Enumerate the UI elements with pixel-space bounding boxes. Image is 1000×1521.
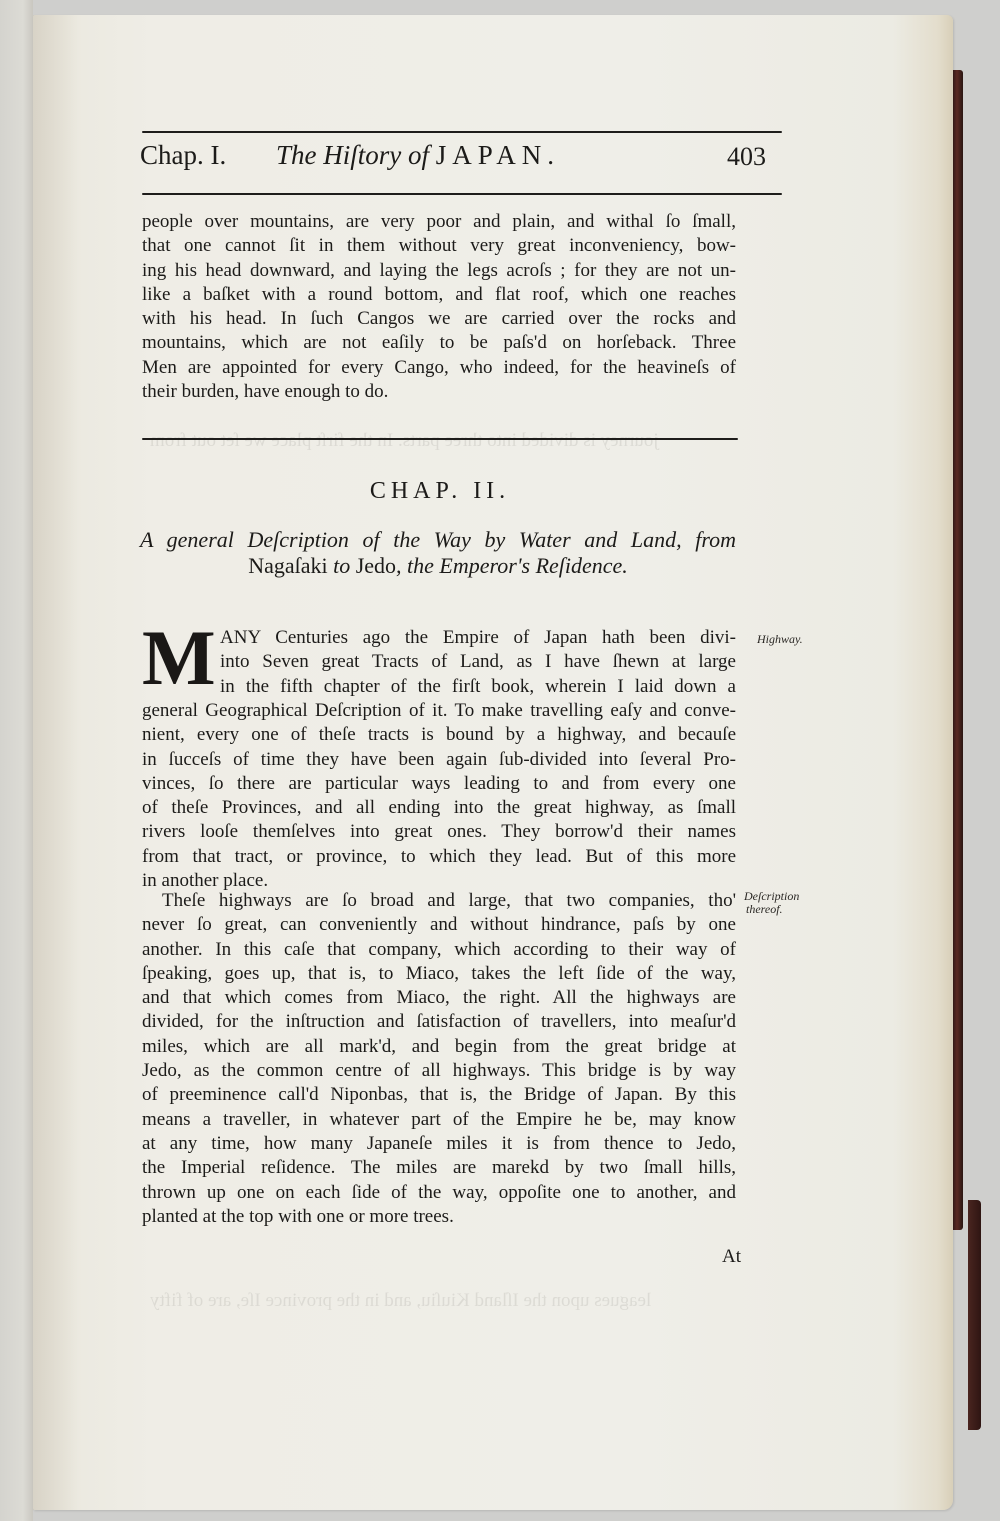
subtitle-line-2: Nagaſaki to Jedo, the Emperor's Reſidenc… — [140, 553, 736, 579]
text-line: Men are appointed for every Cango, who i… — [142, 356, 736, 380]
text-line: in the fifth chapter of the firſt book, … — [220, 675, 736, 699]
carryover-paragraph: people over mountains, are very poor and… — [142, 210, 736, 404]
text-line: ing his head downward, and laying the le… — [142, 259, 736, 283]
chapter-separator-rule — [142, 438, 738, 440]
show-through-text: journey is divided into three parts. In … — [150, 430, 659, 452]
page-number: 403 — [727, 142, 766, 172]
text-line: with his head. In ſuch Cangos we are car… — [142, 307, 736, 331]
text-line: general Geographical Deſcription of it. … — [142, 699, 736, 723]
header-chapter: Chap. I. — [140, 140, 226, 171]
subtitle-line-1: A general Deſcription of the Way by Wate… — [140, 527, 736, 553]
text-line: thrown up one on each ſide of the way, o… — [142, 1181, 736, 1205]
subtitle-residence: , the Emperor's Reſidence. — [396, 553, 628, 578]
text-line: planted at the top with one or more tree… — [142, 1205, 736, 1229]
adjacent-page-edge — [0, 0, 33, 1521]
text-line: miles, which are all mark'd, and begin f… — [142, 1035, 736, 1059]
paragraph-1: general Geographical Deſcription of it. … — [142, 699, 736, 893]
margin-note-description-line2: thereof. — [746, 903, 783, 915]
header-rule-top — [142, 131, 782, 133]
text-line: their burden, have enough to do. — [142, 380, 736, 404]
text-line: into Seven great Tracts of Land, as I ha… — [220, 650, 736, 674]
text-line: ANY Centuries ago the Empire of Japan ha… — [220, 626, 736, 650]
text-line: like a baſket with a round bottom, and f… — [142, 283, 736, 307]
text-line: mountains, which are not eaſily to be pa… — [142, 331, 736, 355]
subtitle-place-nagasaki: Nagaſaki — [248, 553, 327, 578]
text-line: of theſe Provinces, and all ending into … — [142, 796, 736, 820]
text-line: divided, for the inſtruction and ſatisfa… — [142, 1010, 736, 1034]
paragraph-1-opening: ANY Centuries ago the Empire of Japan ha… — [220, 626, 736, 699]
chapter-heading: CHAP. II. — [140, 478, 740, 505]
text-line: of preeminence call'd Niponbas, that is,… — [142, 1083, 736, 1107]
paragraph-2: Theſe highways are ſo broad and large, t… — [142, 889, 736, 1229]
binding-edge-lower — [968, 1200, 981, 1430]
text-line: at any time, how many Japaneſe miles it … — [142, 1132, 736, 1156]
margin-note-highway: Highway. — [757, 633, 803, 645]
text-line: means a traveller, in whatever part of t… — [142, 1108, 736, 1132]
text-line: vinces, ſo there are particular ways lea… — [142, 772, 736, 796]
text-line: the Imperial reſidence. The miles are ma… — [142, 1156, 736, 1180]
text-line: that one cannot ſit in them without very… — [142, 234, 736, 258]
text-line: from that tract, or province, to which t… — [142, 845, 736, 869]
text-line: and that which comes from Miaco, the rig… — [142, 986, 736, 1010]
text-line: nient, every one of theſe tracts is boun… — [142, 723, 736, 747]
header-title: The Hiſtory of JAPAN. — [276, 140, 560, 171]
text-line: in ſucceſs of time they have been again … — [142, 748, 736, 772]
subtitle-place-jedo: Jedo — [356, 553, 396, 578]
binding-edge — [953, 70, 963, 1230]
catchword: At — [722, 1246, 741, 1268]
header-title-caps: JAPAN. — [436, 140, 560, 170]
gutter-shadow — [33, 15, 78, 1510]
subtitle-to: to — [328, 553, 356, 578]
text-line: people over mountains, are very poor and… — [142, 210, 736, 234]
text-line: ſpeaking, goes up, that is, to Miaco, ta… — [142, 962, 736, 986]
header-title-italic: The Hiſtory of — [276, 140, 429, 170]
show-through-text: leagues upon the Iſland Kiuſiu, and in t… — [150, 1290, 651, 1312]
chapter-subtitle: A general Deſcription of the Way by Wate… — [140, 527, 736, 579]
header-rule-bottom — [142, 193, 782, 195]
running-header: Chap. I. The Hiſtory of JAPAN. 403 — [140, 138, 780, 178]
text-line: rivers looſe themſelves into great ones.… — [142, 820, 736, 844]
drop-cap: M — [142, 628, 216, 688]
margin-note-description-line1: Deſcription — [744, 890, 799, 902]
text-line: Theſe highways are ſo broad and large, t… — [142, 889, 736, 913]
text-line: another. In this caſe that company, whic… — [142, 938, 736, 962]
text-line: never ſo great, can conveniently and wit… — [142, 913, 736, 937]
text-line: Jedo, as the common centre of all highwa… — [142, 1059, 736, 1083]
